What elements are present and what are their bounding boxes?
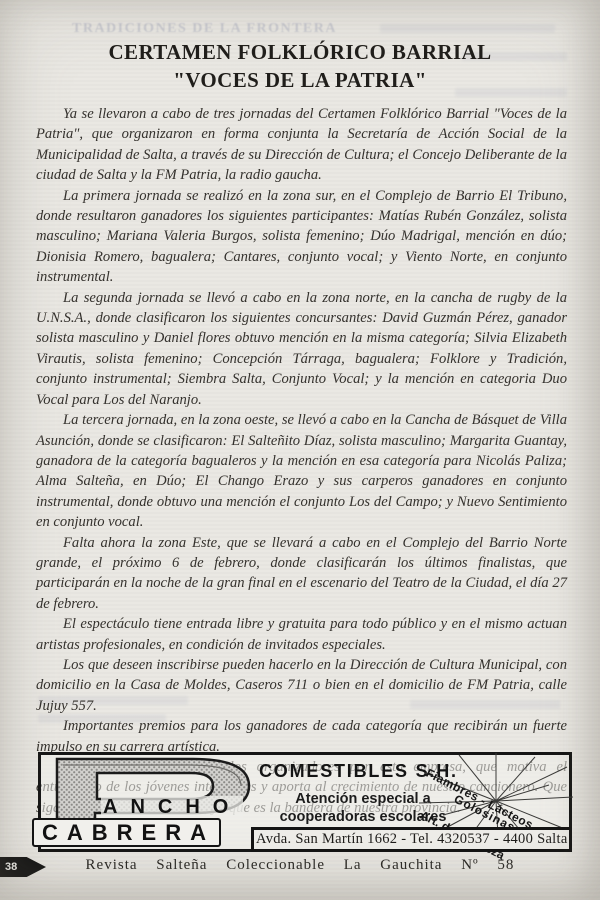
publication-footer: Revista Salteña Coleccionable La Gauchit…	[0, 857, 600, 874]
ad-address: Avda. San Martín 1662 - Tel. 4320537 - 4…	[251, 827, 572, 852]
paragraph: Falta ahora la zona Este, que se llevará…	[36, 533, 567, 615]
ad-logo-block: ANCHO CABRERA	[41, 755, 251, 849]
ad-text-block: COMESTIBLES S.H. Atención especial a coo…	[251, 755, 569, 849]
brand-name-cabrera: CABRERA	[32, 818, 221, 847]
paragraph: Los que deseen inscribirse pueden hacerl…	[36, 655, 567, 716]
paragraph: Ya se llevaron a cabo de tres jornadas d…	[36, 104, 567, 186]
advertisement-pancho-cabrera: ANCHO CABRERA COMESTIBLES S.H. Atención …	[38, 752, 572, 852]
article-title-line-1: CERTAMEN FOLKLÓRICO BARRIAL	[0, 40, 600, 65]
brand-name-ancho: ANCHO	[101, 796, 243, 819]
paragraph: La primera jornada se realizó en la zona…	[36, 186, 567, 288]
article-title-line-2: "VOCES DE LA PATRIA"	[0, 68, 600, 93]
paragraph: El espectáculo tiene entrada libre y gra…	[36, 614, 567, 655]
ghost-reverse-page-heading: TRADICIONES DE LA FRONTERA	[72, 21, 337, 37]
ghost-text-bar	[380, 24, 555, 33]
magazine-page: TRADICIONES DE LA FRONTERA CERTAMEN FOLK…	[0, 0, 600, 900]
paragraph: La tercera jornada, en la zona oeste, se…	[36, 410, 567, 532]
paragraph: La segunda jornada se llevó a cabo en la…	[36, 288, 567, 410]
article-body: Ya se llevaron a cabo de tres jornadas d…	[36, 104, 567, 818]
